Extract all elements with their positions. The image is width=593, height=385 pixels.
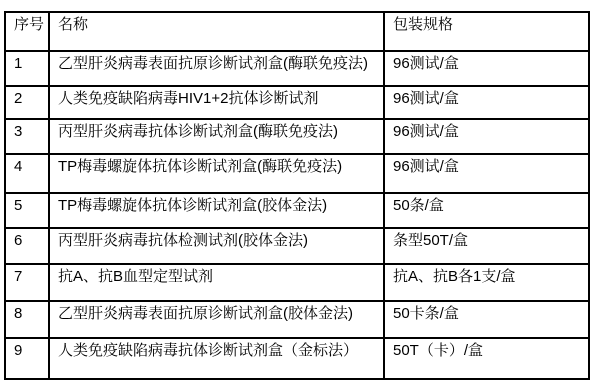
cell-spec: 96测试/盒 bbox=[384, 51, 589, 86]
cell-index: 8 bbox=[5, 301, 49, 338]
table-row: 7 抗A、抗B血型定型试剂 抗A、抗B各1支/盒 bbox=[5, 264, 589, 301]
cell-name: 人类免疫缺陷病毒HIV1+2抗体诊断试剂 bbox=[49, 86, 384, 119]
table-row: 5 TP梅毒螺旋体抗体诊断试剂盒(胶体金法) 50条/盒 bbox=[5, 193, 589, 228]
cell-spec: 96测试/盒 bbox=[384, 119, 589, 154]
cell-spec: 抗A、抗B各1支/盒 bbox=[384, 264, 589, 301]
cell-name: 乙型肝炎病毒表面抗原诊断试剂盒(酶联免疫法) bbox=[49, 51, 384, 86]
cell-name: 丙型肝炎病毒抗体检测试剂(胶体金法) bbox=[49, 228, 384, 264]
cell-spec: 96测试/盒 bbox=[384, 86, 589, 119]
table-row: 8 乙型肝炎病毒表面抗原诊断试剂盒(胶体金法) 50卡条/盒 bbox=[5, 301, 589, 338]
reagent-table: 序号 名称 包装规格 1 乙型肝炎病毒表面抗原诊断试剂盒(酶联免疫法) 96测试… bbox=[4, 11, 590, 380]
cell-spec: 条型50T/盒 bbox=[384, 228, 589, 264]
table-row: 2 人类免疫缺陷病毒HIV1+2抗体诊断试剂 96测试/盒 bbox=[5, 86, 589, 119]
table-row: 3 丙型肝炎病毒抗体诊断试剂盒(酶联免疫法) 96测试/盒 bbox=[5, 119, 589, 154]
cell-index: 9 bbox=[5, 338, 49, 379]
cell-spec: 50T（卡）/盒 bbox=[384, 338, 589, 379]
cell-name: 丙型肝炎病毒抗体诊断试剂盒(酶联免疫法) bbox=[49, 119, 384, 154]
table-row: 4 TP梅毒螺旋体抗体诊断试剂盒(酶联免疫法) 96测试/盒 bbox=[5, 154, 589, 193]
cell-index: 2 bbox=[5, 86, 49, 119]
table-row: 9 人类免疫缺陷病毒抗体诊断试剂盒（金标法） 50T（卡）/盒 bbox=[5, 338, 589, 379]
cell-spec: 96测试/盒 bbox=[384, 154, 589, 193]
cell-name: 乙型肝炎病毒表面抗原诊断试剂盒(胶体金法) bbox=[49, 301, 384, 338]
table-body: 1 乙型肝炎病毒表面抗原诊断试剂盒(酶联免疫法) 96测试/盒 2 人类免疫缺陷… bbox=[5, 51, 589, 379]
column-header-spec: 包装规格 bbox=[384, 12, 589, 51]
header-row: 序号 名称 包装规格 bbox=[5, 12, 589, 51]
cell-index: 5 bbox=[5, 193, 49, 228]
cell-index: 4 bbox=[5, 154, 49, 193]
cell-index: 1 bbox=[5, 51, 49, 86]
cell-index: 6 bbox=[5, 228, 49, 264]
cell-spec: 50卡条/盒 bbox=[384, 301, 589, 338]
table-row: 1 乙型肝炎病毒表面抗原诊断试剂盒(酶联免疫法) 96测试/盒 bbox=[5, 51, 589, 86]
cell-name: TP梅毒螺旋体抗体诊断试剂盒(酶联免疫法) bbox=[49, 154, 384, 193]
document-page: 序号 名称 包装规格 1 乙型肝炎病毒表面抗原诊断试剂盒(酶联免疫法) 96测试… bbox=[0, 0, 593, 385]
cell-name: 人类免疫缺陷病毒抗体诊断试剂盒（金标法） bbox=[49, 338, 384, 379]
cell-index: 3 bbox=[5, 119, 49, 154]
column-header-name: 名称 bbox=[49, 12, 384, 51]
cell-spec: 50条/盒 bbox=[384, 193, 589, 228]
cell-name: 抗A、抗B血型定型试剂 bbox=[49, 264, 384, 301]
cell-name: TP梅毒螺旋体抗体诊断试剂盒(胶体金法) bbox=[49, 193, 384, 228]
cell-index: 7 bbox=[5, 264, 49, 301]
column-header-index: 序号 bbox=[5, 12, 49, 51]
table-row: 6 丙型肝炎病毒抗体检测试剂(胶体金法) 条型50T/盒 bbox=[5, 228, 589, 264]
